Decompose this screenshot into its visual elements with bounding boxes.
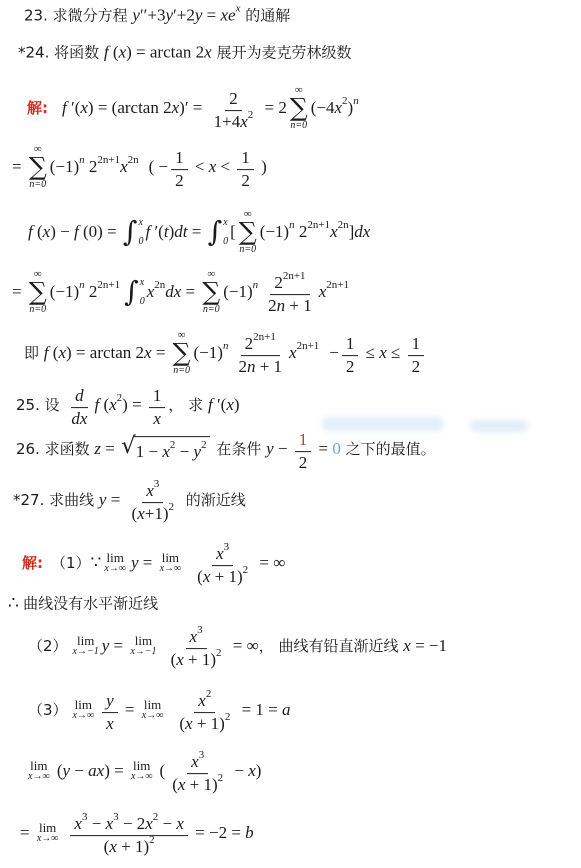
numerator: 1 bbox=[342, 328, 359, 356]
solution-label: 解: bbox=[27, 98, 48, 119]
denominator: (x + 1)2 bbox=[193, 567, 252, 588]
numerator: x3 bbox=[142, 475, 163, 503]
integral: ∫x0 bbox=[208, 217, 229, 247]
math-variable: y bbox=[102, 636, 110, 656]
math-variable: x bbox=[289, 343, 297, 363]
lim-word: lim bbox=[39, 821, 56, 835]
math-variable: x bbox=[144, 343, 152, 363]
superscript: 3 bbox=[154, 478, 160, 491]
summation: ∞∑n=0 bbox=[202, 269, 220, 315]
fraction: 12 bbox=[171, 142, 188, 192]
problem-27: *27. 求曲线 y = x3(x+1)2 的渐近线 bbox=[13, 475, 246, 525]
superscript: 2 bbox=[243, 564, 249, 577]
math-text: ) bbox=[256, 761, 262, 781]
numerator: d bbox=[71, 380, 88, 408]
math-variable: x bbox=[198, 691, 206, 711]
cjk-text: 的渐近线 bbox=[181, 490, 246, 511]
math-text: ) = bbox=[104, 761, 128, 781]
numerator: 1 bbox=[237, 142, 254, 170]
radical: √1 − x2 − y2 bbox=[121, 436, 209, 462]
math-text: 2 bbox=[274, 273, 283, 293]
math-variable: y bbox=[106, 691, 114, 711]
math-text: (−1) bbox=[260, 222, 289, 242]
math-text: = 2 bbox=[260, 98, 287, 118]
numerator: 1 bbox=[149, 380, 166, 408]
superscript: 2 bbox=[149, 834, 155, 847]
math-variable: x bbox=[216, 544, 224, 564]
superscript: 2 bbox=[170, 439, 176, 451]
math-variable: x bbox=[145, 814, 153, 834]
integral-bounds: x0 bbox=[140, 277, 145, 307]
math-variable: x bbox=[43, 222, 51, 242]
fraction: 21+4x2 bbox=[210, 83, 258, 133]
numerator: 1 bbox=[295, 424, 312, 452]
cjk-text: 在条件 bbox=[212, 439, 267, 460]
superscript: 2n+1 bbox=[326, 279, 349, 291]
sum-lower-bound: n=0 bbox=[29, 304, 46, 315]
math-text: ≤ bbox=[361, 343, 379, 363]
superscript: 2n+1 bbox=[297, 340, 320, 352]
denominator: (x+1)2 bbox=[128, 504, 178, 525]
integral-upper-bound: x bbox=[223, 217, 228, 228]
numerator: x3 − x3 − 2x2 − x bbox=[70, 808, 187, 836]
math-text: − bbox=[329, 343, 339, 363]
math-text: ) = arctan 2 bbox=[66, 343, 144, 363]
superscript: n bbox=[79, 279, 85, 291]
superscript: 2 bbox=[218, 772, 224, 785]
math-text: )′ = bbox=[179, 98, 206, 118]
superscript: n bbox=[289, 219, 295, 231]
lim-word: lim bbox=[144, 698, 161, 712]
colored-digit: 1 bbox=[299, 430, 308, 450]
superscript: 2n+1 bbox=[307, 219, 330, 231]
math-text: ( bbox=[49, 343, 59, 363]
math-text: < bbox=[191, 157, 209, 177]
math-text: + 1) bbox=[210, 568, 242, 588]
math-text: = bbox=[106, 490, 124, 510]
math-text: + 1 bbox=[255, 358, 282, 378]
sum-lower-bound: n=0 bbox=[29, 179, 46, 190]
radical-icon: √ bbox=[121, 436, 136, 459]
numerator: x3 bbox=[212, 538, 233, 566]
math-text: + 1 bbox=[285, 297, 312, 317]
limit: limx→∞ bbox=[28, 759, 50, 783]
cjk-text: 23. 求微分方程 bbox=[24, 5, 132, 26]
math-text: − bbox=[230, 761, 248, 781]
summation: ∞∑n=0 bbox=[290, 85, 308, 131]
math-text: 2 bbox=[85, 282, 98, 302]
math-text: (−4 bbox=[311, 98, 335, 118]
solution-27-step-2: ∴ 曲线没有水平渐近线 bbox=[8, 593, 158, 614]
math-text: = bbox=[109, 636, 127, 656]
sigma-icon: ∑ bbox=[290, 96, 308, 120]
math-text: (−1) bbox=[223, 282, 252, 302]
superscript: 3 bbox=[197, 624, 203, 637]
math-text: − bbox=[158, 814, 176, 834]
superscript: 2 bbox=[342, 95, 348, 107]
sigma-icon: ∑ bbox=[29, 280, 47, 304]
superscript: 3 bbox=[224, 541, 230, 554]
math-text: ( bbox=[160, 761, 166, 781]
math-text: ) = (arctan 2 bbox=[88, 98, 172, 118]
problem-24: *24. 将函数 f (x) = arctan 2x 展开为麦克劳林级数 bbox=[18, 42, 351, 63]
math-text: ) bbox=[257, 157, 267, 177]
math-text: ∴ bbox=[8, 593, 23, 613]
fraction: ddx bbox=[67, 380, 91, 430]
math-variable: x bbox=[176, 814, 184, 834]
numerator: 22n+1 bbox=[270, 267, 309, 295]
math-variable: ax bbox=[88, 761, 104, 781]
math-text: + 1) bbox=[184, 651, 216, 671]
math-variable: x bbox=[330, 222, 338, 242]
sigma-icon: ∑ bbox=[202, 280, 220, 304]
math-text: 2 bbox=[85, 157, 98, 177]
cjk-text: ， 求 bbox=[168, 395, 208, 416]
math-variable: x bbox=[147, 282, 155, 302]
superscript: 2 bbox=[169, 501, 175, 514]
math-text: ( bbox=[33, 222, 43, 242]
limit: limx→−1 bbox=[73, 634, 99, 658]
lim-word: lim bbox=[77, 634, 94, 648]
math-text: = bbox=[181, 282, 199, 302]
denominator: 2 bbox=[408, 357, 425, 378]
denominator: (x + 1)2 bbox=[100, 837, 159, 858]
integral-icon: ∫ bbox=[124, 278, 139, 306]
superscript: 2n+1 bbox=[253, 331, 276, 344]
numerator: 1 bbox=[171, 142, 188, 170]
math-variable: x bbox=[204, 42, 212, 62]
limit: limx→∞ bbox=[37, 821, 59, 845]
numerator: x3 bbox=[186, 621, 207, 649]
math-variable: y bbox=[266, 439, 274, 459]
denominator: 2 bbox=[342, 357, 359, 378]
math-variable: x bbox=[74, 814, 82, 834]
solution-27-step-4: （3）limx→∞yx = limx→∞x2(x + 1)2 = 1 = a bbox=[28, 685, 291, 735]
fraction: x3(x + 1)2 bbox=[167, 621, 226, 671]
math-variable: xe bbox=[220, 5, 235, 25]
summation: ∞∑n=0 bbox=[173, 330, 191, 376]
limit: limx→−1 bbox=[130, 634, 156, 658]
math-text: = bbox=[202, 5, 220, 25]
lim-word: lim bbox=[133, 759, 150, 773]
integral-lower-bound: 0 bbox=[138, 236, 143, 247]
math-variable: x bbox=[119, 42, 127, 62]
lim-word: lim bbox=[30, 759, 47, 773]
math-variable: x bbox=[137, 505, 145, 525]
math-text: (−1) bbox=[50, 282, 79, 302]
cjk-text: 之下的最值。 bbox=[341, 439, 436, 460]
solution-24-step-5: 即 f (x) = arctan 2x = ∞∑n=0(−1)n22n+12n … bbox=[24, 328, 427, 378]
math-variable: d bbox=[75, 386, 84, 406]
superscript: n bbox=[353, 95, 359, 107]
superscript: 2n bbox=[338, 219, 349, 231]
math-variable: z bbox=[94, 439, 101, 459]
math-variable: y bbox=[63, 761, 71, 781]
lim-subscript: x→−1 bbox=[73, 648, 99, 659]
math-variable: x bbox=[106, 814, 114, 834]
integral-lower-bound: 0 bbox=[223, 236, 228, 247]
math-text: ′( bbox=[67, 98, 81, 118]
cjk-text: 的通解 bbox=[240, 5, 290, 26]
superscript: 2n+1 bbox=[97, 279, 120, 291]
math-text: (−1) bbox=[194, 343, 223, 363]
superscript: 2 bbox=[216, 647, 222, 660]
math-variable: x bbox=[191, 752, 199, 772]
denominator: (x + 1)2 bbox=[167, 650, 226, 671]
limit: limx→∞ bbox=[142, 698, 164, 722]
cjk-text: （3） bbox=[28, 700, 68, 721]
math-variable: x bbox=[248, 761, 256, 781]
integral-icon: ∫ bbox=[208, 218, 223, 246]
math-variable: x bbox=[240, 113, 248, 133]
integral-upper-bound: x bbox=[140, 277, 145, 288]
math-text: − bbox=[87, 814, 105, 834]
math-text: 2 bbox=[238, 358, 247, 378]
lim-subscript: x→−1 bbox=[130, 648, 156, 659]
math-text: 2 bbox=[245, 334, 254, 354]
fraction: x3(x+1)2 bbox=[128, 475, 178, 525]
solution-27-step-6: = limx→∞x3 − x3 − 2x2 − x(x + 1)2 = −2 =… bbox=[20, 808, 254, 858]
math-text: = ∞ bbox=[255, 553, 285, 573]
integral: ∫x0 bbox=[123, 217, 144, 247]
cjk-text: 26. 求函数 bbox=[16, 439, 94, 460]
solution-24-step-2: = ∞∑n=0(−1)n 22n+1x2n( −12 < x < 12 ) bbox=[12, 142, 267, 192]
summation: ∞∑n=0 bbox=[29, 269, 47, 315]
solution-27-step-1: 解:（1）∵limx→∞y = limx→∞x3(x + 1)2 = ∞ bbox=[22, 538, 285, 588]
lim-word: lim bbox=[106, 551, 123, 565]
math-text: ′( bbox=[213, 395, 227, 415]
math-variable: b bbox=[245, 823, 254, 843]
lim-subscript: x→∞ bbox=[160, 565, 182, 576]
fraction: yx bbox=[102, 685, 118, 735]
math-variable: dx bbox=[354, 222, 370, 242]
math-text: ) − bbox=[50, 222, 74, 242]
lim-subscript: x→∞ bbox=[73, 712, 95, 723]
math-text: ′( bbox=[150, 222, 164, 242]
math-text: ≤ bbox=[387, 343, 405, 363]
math-text: (−1) bbox=[50, 157, 79, 177]
math-variable: x bbox=[109, 838, 117, 858]
cjk-text: 即 bbox=[24, 343, 44, 364]
math-text: 1 bbox=[241, 148, 250, 168]
denominator: (x + 1)2 bbox=[175, 714, 234, 735]
math-text: = bbox=[121, 700, 139, 720]
math-variable: y bbox=[132, 5, 140, 25]
fraction: x3(x + 1)2 bbox=[193, 538, 252, 588]
numerator: 1 bbox=[408, 328, 425, 356]
fraction: x3(x + 1)2 bbox=[168, 746, 227, 796]
fraction: 22n+12n + 1 bbox=[234, 328, 286, 378]
math-text: 1 − bbox=[136, 442, 163, 462]
math-text: 2 bbox=[175, 172, 184, 192]
math-text: = bbox=[152, 343, 170, 363]
math-text: 1 bbox=[346, 334, 355, 354]
superscript: 2n+1 bbox=[97, 154, 120, 166]
solution-27-step-5: limx→∞ (y − ax) = limx→∞(x3(x + 1)2 − x) bbox=[25, 746, 261, 796]
math-variable: x bbox=[203, 568, 211, 588]
integral: ∫x0 bbox=[124, 277, 145, 307]
superscript: x bbox=[236, 2, 241, 14]
superscript: 3 bbox=[113, 811, 119, 824]
numerator: 22n+1 bbox=[241, 328, 280, 356]
math-text: (0) = bbox=[79, 222, 121, 242]
superscript: 2n bbox=[128, 154, 139, 166]
math-text: 1 bbox=[175, 148, 184, 168]
math-text: ( bbox=[99, 395, 109, 415]
denominator: 1+4x2 bbox=[210, 112, 258, 133]
numerator: y bbox=[102, 685, 118, 713]
solution-24-step-3: f (x) − f (0) = ∫x0f ′(t)dt = ∫x0[∞∑n=0(… bbox=[28, 209, 370, 255]
math-variable: x bbox=[178, 776, 186, 796]
numerator: x3 bbox=[187, 746, 208, 774]
fraction: 12 bbox=[408, 328, 425, 378]
math-text: 2 bbox=[268, 297, 277, 317]
integral-bounds: x0 bbox=[138, 217, 143, 247]
math-text: ) bbox=[234, 395, 240, 415]
math-text: = bbox=[314, 439, 332, 459]
fraction: 12 bbox=[237, 142, 254, 192]
integral-upper-bound: x bbox=[138, 217, 143, 228]
sigma-icon: ∑ bbox=[239, 220, 257, 244]
math-text: < bbox=[216, 157, 234, 177]
summation: ∞∑n=0 bbox=[29, 144, 47, 190]
superscript: 2n+1 bbox=[283, 270, 306, 283]
sigma-icon: ∑ bbox=[29, 155, 47, 179]
math-variable: y bbox=[165, 5, 173, 25]
math-variable: dt bbox=[174, 222, 187, 242]
denominator: (x + 1)2 bbox=[168, 775, 227, 796]
fraction: 12 bbox=[295, 424, 312, 474]
math-variable: x bbox=[109, 395, 117, 415]
denominator: 2 bbox=[295, 453, 312, 474]
math-text: − 2 bbox=[119, 814, 146, 834]
math-text: = bbox=[187, 222, 205, 242]
math-text: + 1) bbox=[185, 776, 217, 796]
math-variable: x bbox=[146, 481, 154, 501]
superscript: 2 bbox=[248, 109, 254, 122]
math-variable: a bbox=[282, 700, 291, 720]
sigma-icon: ∑ bbox=[173, 341, 191, 365]
superscript: 2 bbox=[117, 392, 123, 404]
math-text: ′′+3 bbox=[140, 5, 166, 25]
math-variable: n bbox=[277, 297, 286, 317]
problem-23: 23. 求微分方程 y′′+3y′+2y = xex 的通解 bbox=[24, 5, 290, 26]
math-variable: x bbox=[106, 715, 114, 735]
math-text: 1 bbox=[412, 334, 421, 354]
lim-subscript: x→∞ bbox=[131, 773, 153, 784]
colored-digit: 0 bbox=[332, 439, 341, 459]
math-text: ′+2 bbox=[173, 5, 195, 25]
problem-26: 26. 求函数 z = √1 − x2 − y2 在条件 y − 12 = 0 … bbox=[16, 424, 436, 474]
cjk-text: *27. 求曲线 bbox=[13, 490, 99, 511]
radicand: 1 − x2 − y2 bbox=[134, 436, 210, 462]
math-variable: y bbox=[195, 5, 203, 25]
summation: ∞∑n=0 bbox=[239, 209, 257, 255]
superscript: n bbox=[79, 154, 85, 166]
math-variable: x bbox=[172, 98, 180, 118]
math-variable: x bbox=[120, 157, 128, 177]
math-text: +1) bbox=[145, 505, 169, 525]
math-variable: y bbox=[194, 442, 202, 462]
math-text: = bbox=[20, 823, 34, 843]
superscript: n bbox=[253, 279, 259, 291]
fraction: 22n+12n + 1 bbox=[264, 267, 316, 317]
superscript: 3 bbox=[82, 811, 88, 824]
math-variable: x bbox=[403, 636, 411, 656]
math-text: 2 bbox=[295, 222, 308, 242]
solution-24-step-1: 解:f ′(x) = (arctan 2x)′ = 21+4x2 = 2∞∑n=… bbox=[27, 83, 359, 133]
math-text: = 1 = bbox=[237, 700, 282, 720]
lim-word: lim bbox=[162, 551, 179, 565]
document-page: 23. 求微分方程 y′′+3y′+2y = xex 的通解*24. 将函数 f… bbox=[0, 0, 581, 868]
math-text: 1 bbox=[153, 386, 162, 406]
math-text: = bbox=[101, 439, 119, 459]
cjk-text: （1） bbox=[51, 553, 91, 574]
math-variable: x bbox=[209, 157, 217, 177]
cjk-text: （2） bbox=[28, 636, 68, 657]
numerator: 2 bbox=[225, 83, 242, 111]
cjk-text: 曲线没有水平渐近线 bbox=[23, 593, 158, 614]
math-variable: x bbox=[185, 715, 193, 735]
math-text: − bbox=[175, 442, 193, 462]
sum-lower-bound: n=0 bbox=[203, 304, 220, 315]
watermark-smudge bbox=[470, 420, 528, 432]
math-text: [ bbox=[230, 222, 236, 242]
denominator: 2 bbox=[171, 171, 188, 192]
lim-subscript: x→∞ bbox=[104, 565, 126, 576]
sum-lower-bound: n=0 bbox=[290, 120, 307, 131]
denominator: 2n + 1 bbox=[234, 357, 286, 378]
math-variable: x bbox=[226, 395, 234, 415]
limit: limx→∞ bbox=[160, 551, 182, 575]
math-variable: x bbox=[80, 98, 88, 118]
math-variable: n bbox=[247, 358, 256, 378]
math-text: = bbox=[139, 553, 157, 573]
denominator: x bbox=[102, 714, 118, 735]
math-text: ( bbox=[109, 42, 119, 62]
denominator: 2n + 1 bbox=[264, 296, 316, 317]
lim-word: lim bbox=[135, 634, 152, 648]
limit: limx→∞ bbox=[131, 759, 153, 783]
math-text: 2 bbox=[241, 172, 250, 192]
solution-label: 解: bbox=[22, 553, 43, 574]
lim-subscript: x→∞ bbox=[28, 773, 50, 784]
solution-27-step-3: （2）limx→−1y = limx→−1x3(x + 1)2 = ∞， 曲线有… bbox=[28, 621, 447, 671]
cjk-text: *24. 将函数 bbox=[18, 42, 104, 63]
integral-icon: ∫ bbox=[123, 218, 138, 246]
math-text: ( − bbox=[149, 157, 169, 177]
math-text: + 1) bbox=[117, 838, 149, 858]
denominator: 2 bbox=[237, 171, 254, 192]
cjk-text: 25. 设 bbox=[16, 395, 64, 416]
math-text: ) = bbox=[122, 395, 146, 415]
math-text: = −1 bbox=[411, 636, 447, 656]
math-text: ( bbox=[53, 761, 63, 781]
lim-word: lim bbox=[75, 698, 92, 712]
math-variable: x bbox=[162, 442, 170, 462]
math-variable: x bbox=[319, 282, 327, 302]
cjk-text: 展开为麦克劳林级数 bbox=[212, 42, 352, 63]
superscript: 2 bbox=[153, 811, 159, 824]
sum-lower-bound: n=0 bbox=[173, 365, 190, 376]
math-text: 2 bbox=[412, 358, 421, 378]
math-text: − bbox=[70, 761, 88, 781]
integral-lower-bound: 0 bbox=[140, 296, 145, 307]
math-variable: y bbox=[131, 553, 139, 573]
math-text: 2 bbox=[299, 454, 308, 474]
integral-bounds: x0 bbox=[223, 217, 228, 247]
math-text: 1+4 bbox=[214, 113, 241, 133]
